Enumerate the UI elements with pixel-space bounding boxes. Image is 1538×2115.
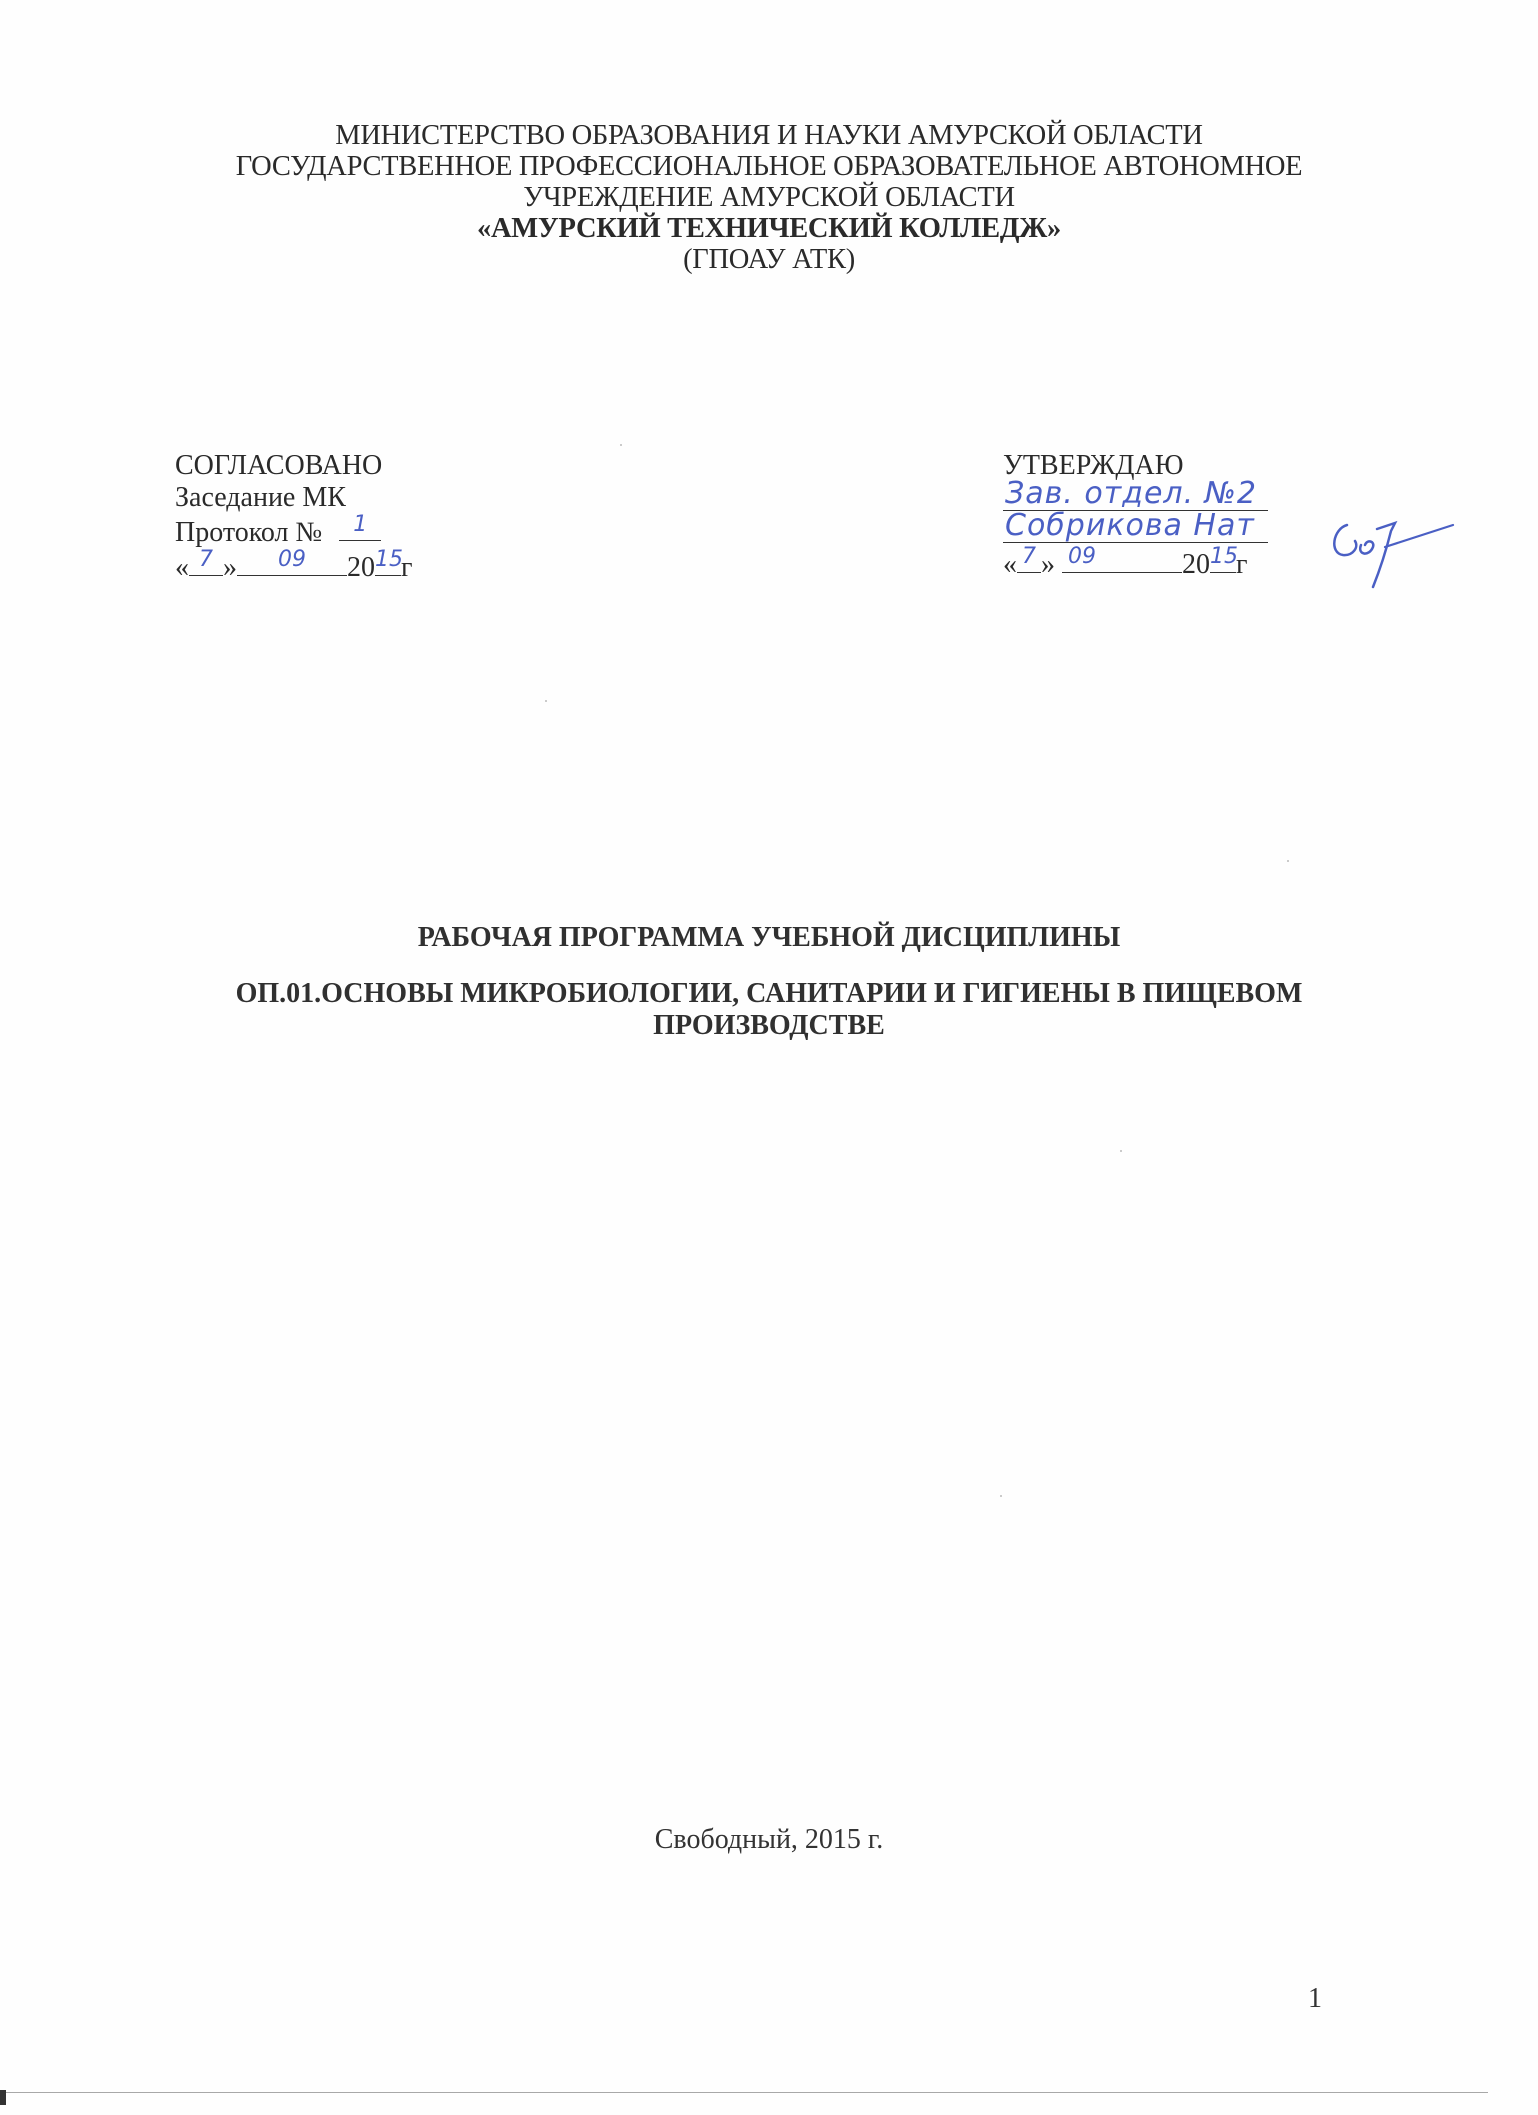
protocol-label: Протокол № bbox=[175, 517, 322, 548]
year-field: 15 bbox=[375, 549, 401, 576]
institution-region-line: УЧРЕЖДЕНИЕ АМУРСКОЙ ОБЛАСТИ bbox=[0, 182, 1538, 213]
college-name: «АМУРСКИЙ ТЕХНИЧЕСКИЙ КОЛЛЕДЖ» bbox=[0, 213, 1538, 244]
document-page: МИНИСТЕРСТВО ОБРАЗОВАНИЯ И НАУКИ АМУРСКО… bbox=[0, 0, 1538, 2115]
scan-speck bbox=[545, 700, 547, 702]
agreed-date-line: «7»092015г bbox=[175, 549, 412, 584]
year-handwritten: 15 bbox=[375, 547, 401, 573]
quote-open: « bbox=[175, 552, 189, 583]
year-field: 15 bbox=[1210, 546, 1236, 573]
college-abbreviation: (ГПОАУ АТК) bbox=[0, 244, 1538, 275]
scan-edge-line bbox=[0, 2092, 1488, 2093]
year-handwritten: 15 bbox=[1210, 544, 1236, 570]
meeting-label: Заседание МК bbox=[175, 482, 412, 514]
month-handwritten: 09 bbox=[1068, 544, 1182, 570]
document-title-block: РАБОЧАЯ ПРОГРАММА УЧЕБНОЙ ДИСЦИПЛИНЫ ОП.… bbox=[0, 922, 1538, 1042]
ministry-line: МИНИСТЕРСТВО ОБРАЗОВАНИЯ И НАУКИ АМУРСКО… bbox=[0, 120, 1538, 151]
quote-open: « bbox=[1003, 549, 1017, 580]
institution-type-line: ГОСУДАРСТВЕННОЕ ПРОФЕССИОНАЛЬНОЕ ОБРАЗОВ… bbox=[0, 151, 1538, 182]
approval-block-agreed: СОГЛАСОВАНО Заседание МК Протокол № 1 «7… bbox=[175, 450, 412, 584]
signature-icon bbox=[1325, 495, 1455, 595]
name-underline bbox=[1003, 542, 1268, 543]
approver-position-handwritten: Зав. отдел. №2 bbox=[1005, 478, 1257, 510]
agreed-heading: СОГЛАСОВАНО bbox=[175, 450, 412, 482]
city-year: Свободный, 2015 г. bbox=[0, 1824, 1538, 1856]
institution-header: МИНИСТЕРСТВО ОБРАЗОВАНИЯ И НАУКИ АМУРСКО… bbox=[0, 120, 1538, 275]
approver-name-handwritten: Собрикова Нат bbox=[1005, 510, 1255, 542]
day-field: 7 bbox=[1017, 546, 1041, 573]
protocol-line: Протокол № 1 bbox=[175, 514, 412, 549]
discipline-title-line2: ПРОИЗВОДСТВЕ bbox=[0, 1010, 1538, 1042]
scan-speck bbox=[1000, 1495, 1002, 1497]
protocol-number-handwritten: 1 bbox=[339, 512, 381, 538]
year-prefix: 20 bbox=[1182, 549, 1210, 580]
month-handwritten: 09 bbox=[237, 547, 347, 573]
discipline-title-line1: ОП.01.ОСНОВЫ МИКРОБИОЛОГИИ, САНИТАРИИ И … bbox=[0, 978, 1538, 1010]
day-handwritten: 7 bbox=[189, 547, 223, 573]
protocol-number-field: 1 bbox=[339, 514, 381, 541]
scan-edge-mark bbox=[0, 2090, 6, 2105]
scan-speck bbox=[620, 444, 622, 446]
year-prefix: 20 bbox=[347, 552, 375, 583]
month-field: 09 bbox=[1062, 546, 1182, 573]
quote-close: » bbox=[1041, 549, 1055, 580]
quote-close: » bbox=[223, 552, 237, 583]
day-handwritten: 7 bbox=[1017, 544, 1041, 570]
scan-speck bbox=[1120, 1150, 1122, 1152]
day-field: 7 bbox=[189, 549, 223, 576]
document-type-title: РАБОЧАЯ ПРОГРАММА УЧЕБНОЙ ДИСЦИПЛИНЫ bbox=[0, 922, 1538, 954]
month-field: 09 bbox=[237, 549, 347, 576]
page-number: 1 bbox=[1308, 1983, 1322, 2015]
scan-speck bbox=[1287, 860, 1289, 862]
